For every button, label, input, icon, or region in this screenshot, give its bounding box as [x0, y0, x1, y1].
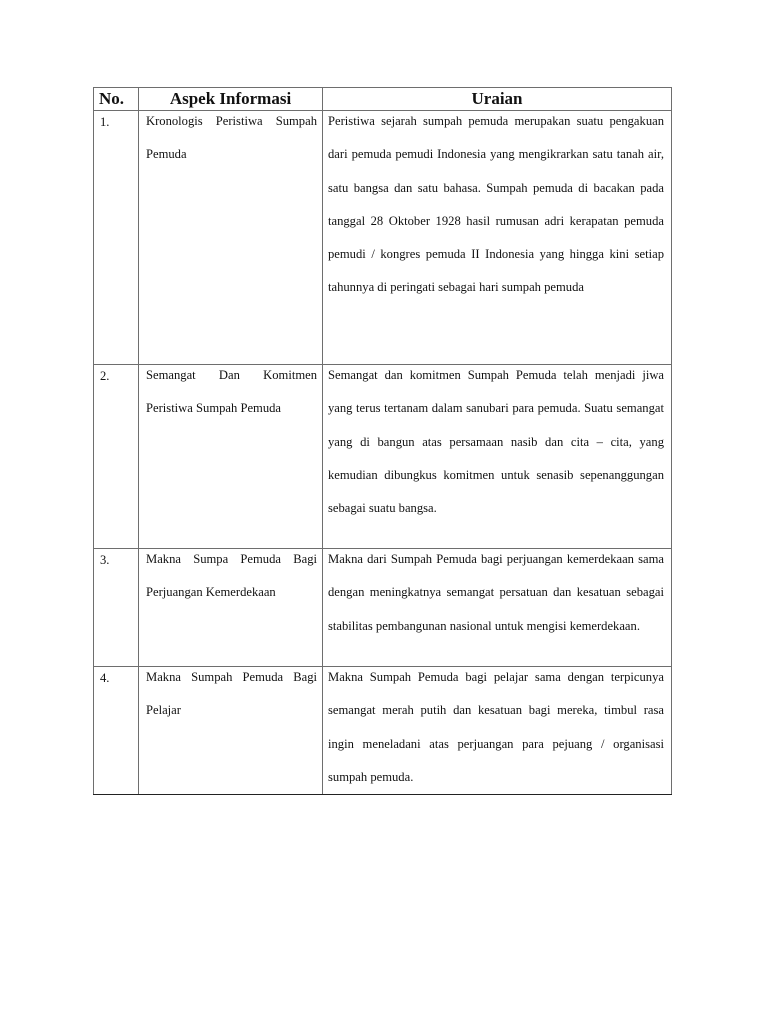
row-number: 1.	[94, 111, 139, 365]
uraian-text: Semangat dan komitmen Sumpah Pemuda tela…	[328, 359, 664, 525]
table-row: 3. Makna Sumpa Pemuda Bagi Perjuangan Ke…	[94, 549, 672, 667]
table-row: 4. Makna Sumpah Pemuda Bagi Pelajar Makn…	[94, 667, 672, 795]
aspek-text: Makna Sumpa Pemuda Bagi Perjuangan Kemer…	[146, 543, 317, 610]
aspek-cell: Makna Sumpa Pemuda Bagi Perjuangan Kemer…	[139, 549, 323, 667]
aspek-cell: Makna Sumpah Pemuda Bagi Pelajar	[139, 667, 323, 795]
uraian-cell: Peristiwa sejarah sumpah pemuda merupaka…	[323, 111, 672, 365]
header-no: No.	[94, 88, 139, 111]
uraian-cell: Makna dari Sumpah Pemuda bagi perjuangan…	[323, 549, 672, 667]
uraian-text: Makna Sumpah Pemuda bagi pelajar sama de…	[328, 661, 664, 794]
aspek-cell: Semangat Dan Komitmen Peristiwa Sumpah P…	[139, 365, 323, 549]
row-number: 3.	[94, 549, 139, 667]
aspek-text: Makna Sumpah Pemuda Bagi Pelajar	[146, 661, 317, 728]
uraian-cell: Semangat dan komitmen Sumpah Pemuda tela…	[323, 365, 672, 549]
uraian-text: Makna dari Sumpah Pemuda bagi perjuangan…	[328, 543, 664, 643]
aspek-text: Semangat Dan Komitmen Peristiwa Sumpah P…	[146, 359, 317, 426]
sumpah-pemuda-table: No. Aspek Informasi Uraian 1. Kronologis…	[93, 87, 672, 795]
table-row: 2. Semangat Dan Komitmen Peristiwa Sumpa…	[94, 365, 672, 549]
row-number: 4.	[94, 667, 139, 795]
document-page: No. Aspek Informasi Uraian 1. Kronologis…	[0, 0, 768, 1024]
uraian-text: Peristiwa sejarah sumpah pemuda merupaka…	[328, 105, 664, 305]
row-number: 2.	[94, 365, 139, 549]
aspek-text: Kronologis Peristiwa Sumpah Pemuda	[146, 105, 317, 172]
table-row: 1. Kronologis Peristiwa Sumpah Pemuda Pe…	[94, 111, 672, 365]
aspek-cell: Kronologis Peristiwa Sumpah Pemuda	[139, 111, 323, 365]
uraian-cell: Makna Sumpah Pemuda bagi pelajar sama de…	[323, 667, 672, 795]
